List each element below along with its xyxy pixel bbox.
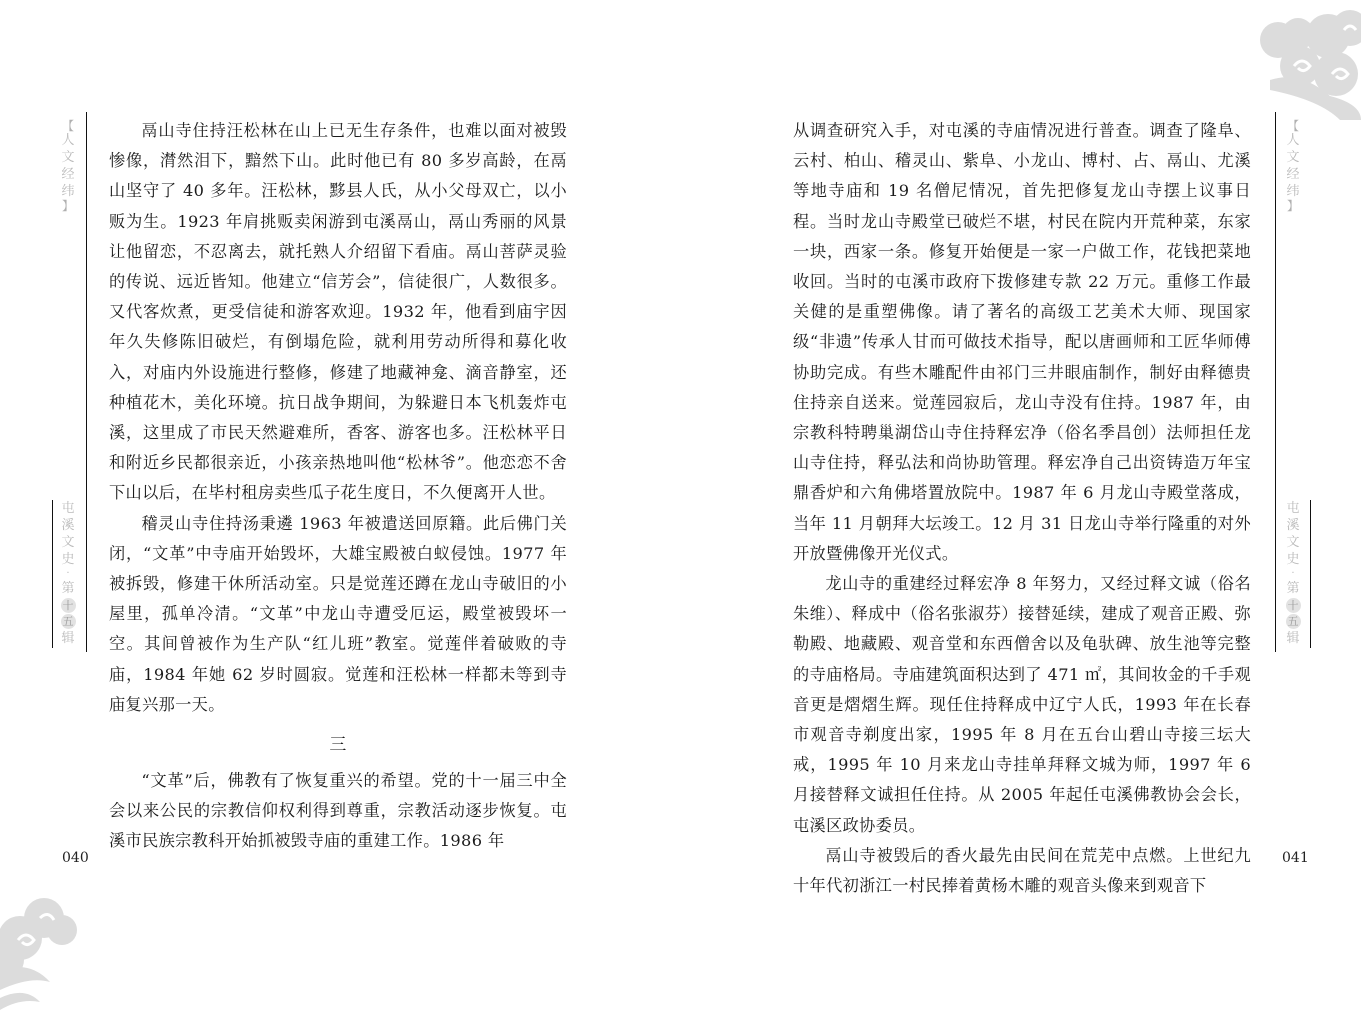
margin-rule-short bbox=[1310, 500, 1311, 648]
paragraph: 龙山寺的重建经过释宏净 8 年努力，又经过释文诚（俗名朱维）、释成中（俗名张淑芬… bbox=[793, 569, 1251, 841]
bracket-close: 】 bbox=[59, 200, 77, 212]
volume-label: 屯 溪 文 史 · 第 十 五 辑 bbox=[59, 500, 77, 647]
paragraph: 稽灵山寺住持汤秉遴 1963 年被遣送回原籍。此后佛门关闭，“文革”中寺庙开始毁… bbox=[109, 509, 567, 720]
page-number: 040 bbox=[62, 850, 89, 866]
cloud-ornament-icon bbox=[1240, 0, 1361, 120]
bracket-open: 【 bbox=[1284, 120, 1302, 132]
page-number: 041 bbox=[1282, 850, 1309, 866]
body-text: 鬲山寺住持汪松林在山上已无生存条件，也难以面对被毁惨像，潸然泪下，黯然下山。此时… bbox=[109, 116, 567, 857]
margin-rule-short bbox=[52, 500, 53, 648]
paragraph: 鬲山寺住持汪松林在山上已无生存条件，也难以面对被毁惨像，潸然泪下，黯然下山。此时… bbox=[109, 116, 567, 509]
body-text: 从调查研究入手，对屯溪的寺庙情况进行普查。调查了隆阜、云村、柏山、稽灵山、紫阜、… bbox=[793, 116, 1251, 901]
paragraph: 从调查研究入手，对屯溪的寺庙情况进行普查。调查了隆阜、云村、柏山、稽灵山、紫阜、… bbox=[793, 116, 1251, 569]
section-heading: 三 bbox=[109, 732, 567, 758]
cloud-ornament-icon bbox=[0, 890, 80, 1016]
series-label: 【 人 文 经 纬 】 bbox=[59, 120, 77, 212]
right-page: 【 人 文 经 纬 】 屯 溪 文 史 · 第 十 五 辑 041 从调查研究入… bbox=[680, 0, 1361, 1016]
series-label: 【 人 文 经 纬 】 bbox=[1284, 120, 1302, 212]
paragraph: 鬲山寺被毁后的香火最先由民间在荒芜中点燃。上世纪九十年代初浙江一村民捧着黄杨木雕… bbox=[793, 841, 1251, 901]
left-page: 【 人 文 经 纬 】 屯 溪 文 史 · 第 十 五 辑 040 鬲山寺住持汪… bbox=[0, 0, 680, 1016]
bracket-close: 】 bbox=[1284, 200, 1302, 212]
margin-rule bbox=[1275, 112, 1276, 652]
bracket-open: 【 bbox=[59, 120, 77, 132]
paragraph: “文革”后，佛教有了恢复重兴的希望。党的十一届三中全会以来公民的宗教信仰权利得到… bbox=[109, 766, 567, 857]
margin-rule bbox=[86, 112, 87, 652]
volume-label: 屯 溪 文 史 · 第 十 五 辑 bbox=[1284, 500, 1302, 647]
